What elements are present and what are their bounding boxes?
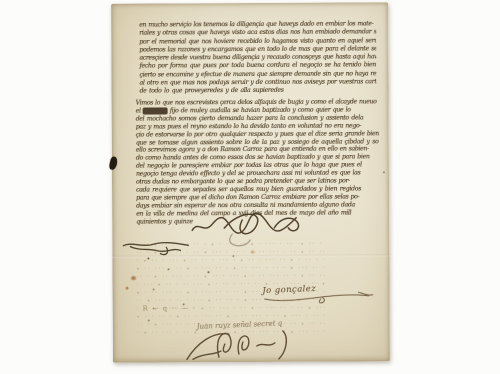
ink-speck	[232, 255, 234, 257]
ink-speck	[383, 171, 385, 173]
photo-background: en mucho serviçio los tenemos la diligen…	[0, 0, 500, 374]
notarial-paraph-rubric	[183, 325, 318, 362]
struck-word: marrada	[143, 107, 168, 114]
cancelled-line-scribble	[122, 237, 192, 257]
ink-blot	[108, 156, 118, 170]
manuscript-page: en mucho serviçio los tenemos la diligen…	[111, 2, 390, 362]
royal-signature-rubric	[190, 206, 308, 249]
ink-speck	[153, 289, 155, 291]
faint-stain	[250, 250, 255, 254]
faint-left-marks: R ∙· q ·· — ·	[143, 304, 263, 313]
rust-stain	[126, 287, 129, 290]
ink-speck	[167, 268, 169, 270]
ink-speck	[183, 303, 185, 305]
ink-speck	[207, 271, 209, 273]
ink-speck	[148, 320, 150, 322]
paragraph-1: en mucho serviçio los tenemos la diligen…	[139, 20, 376, 96]
ink-speck	[147, 258, 149, 260]
manuscript-line: de todo lo que proveyeredes y de alla su…	[140, 87, 377, 97]
rust-stain	[130, 276, 136, 281]
line-text: fijo de muley audalla se havian baptizad…	[168, 106, 351, 114]
